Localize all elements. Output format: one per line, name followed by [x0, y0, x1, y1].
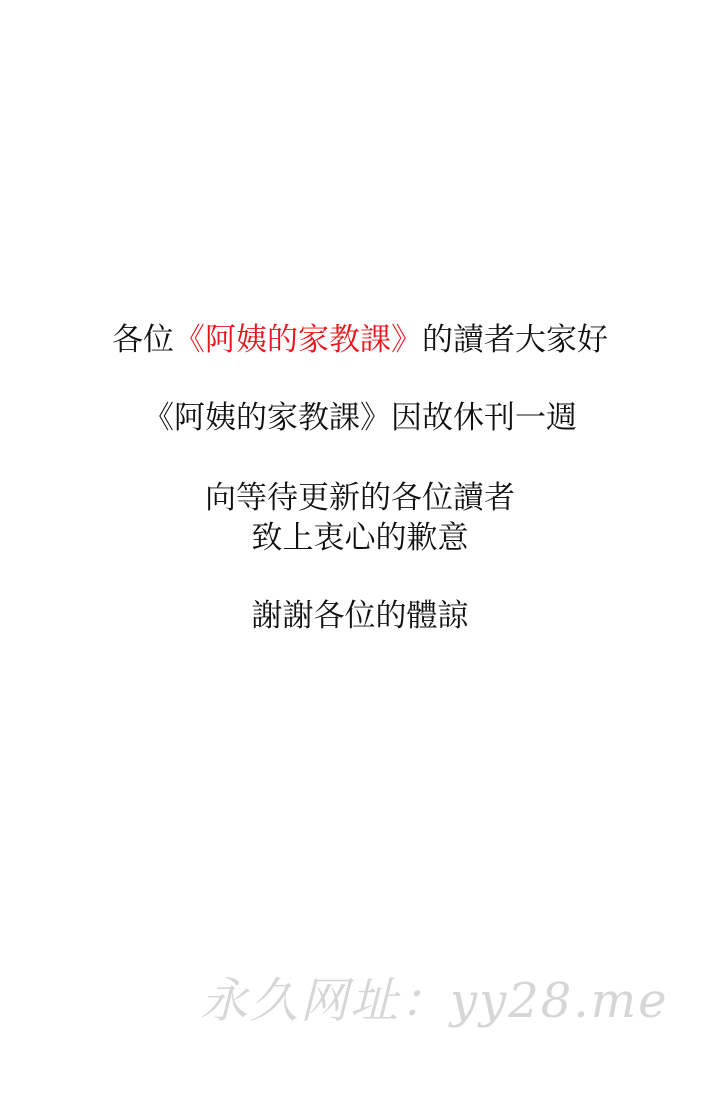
comic-title-highlight: 《阿姨的家教課》 — [174, 322, 422, 358]
greeting-line: 各位《阿姨的家教課》的讀者大家好 — [0, 322, 720, 358]
greeting-suffix: 的讀者大家好 — [422, 322, 608, 358]
announcement-page: 各位《阿姨的家教課》的讀者大家好 《阿姨的家教課》因故休刊一週 向等待更新的各位… — [0, 0, 720, 1100]
site-watermark: 永久网址：yy28.me — [200, 966, 720, 1036]
hiatus-notice-line: 《阿姨的家教課》因故休刊一週 — [0, 400, 720, 436]
greeting-prefix: 各位 — [112, 322, 174, 358]
thanks-line: 謝謝各位的體諒 — [0, 598, 720, 634]
apology-line-1: 向等待更新的各位讀者 — [0, 480, 720, 516]
apology-line-2: 致上衷心的歉意 — [0, 520, 720, 556]
